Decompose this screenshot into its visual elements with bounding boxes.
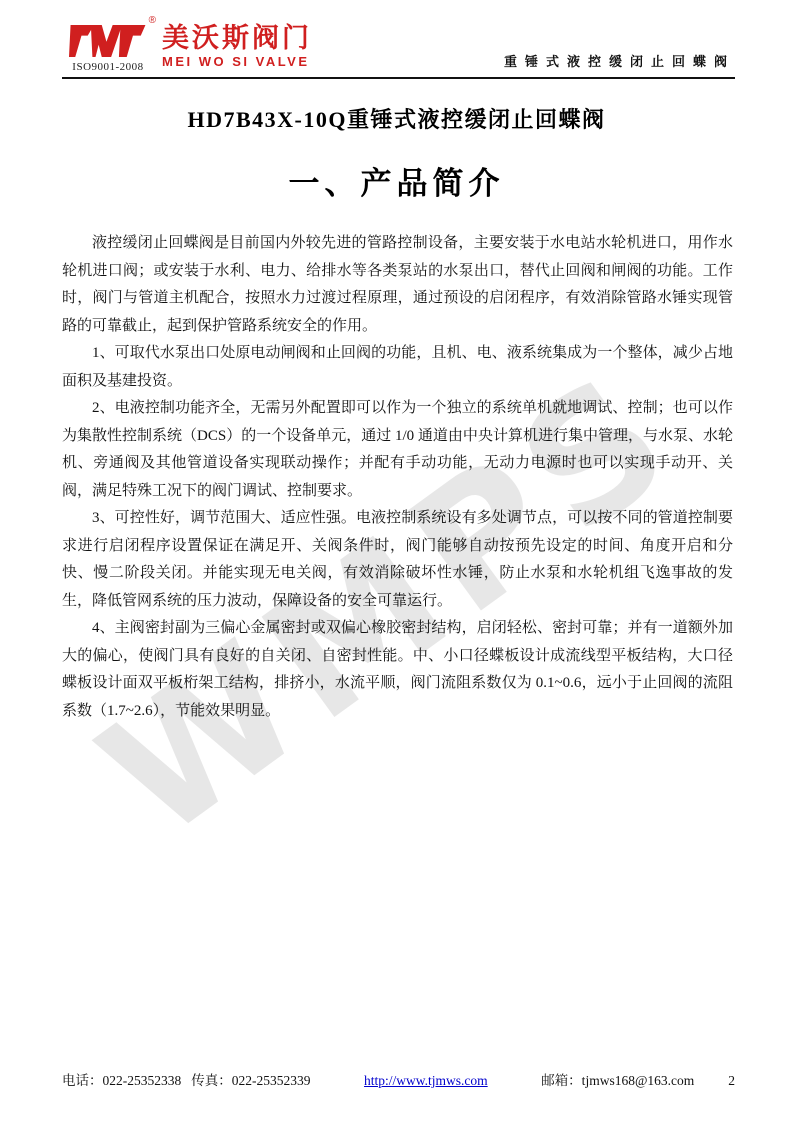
paragraph-item-1: 1、可取代水泵出口处原电动闸阀和止回阀的功能，且机、电、液系统集成为一个整体，减… xyxy=(62,340,733,395)
iso-certification-label: ISO9001-2008 xyxy=(72,61,143,73)
logo-name-block: 美沃斯阀门 MEI WO SI VALVE xyxy=(162,22,312,69)
page-title: HD7B43X-10Q重锤式液控缓闭止回蝶阀 xyxy=(0,103,793,134)
logo-mark-block: ® ISO9001-2008 xyxy=(62,22,154,73)
page-header: ® ISO9001-2008 美沃斯阀门 MEI WO SI VALVE 重锤式… xyxy=(62,22,735,76)
company-name-en: MEI WO SI VALVE xyxy=(162,54,312,69)
footer-phone: 电话：022-25352338 xyxy=(62,1069,181,1089)
header-divider xyxy=(62,77,735,79)
page-footer: 电话：022-25352338 传真：022-25352339 http://w… xyxy=(62,1069,735,1089)
paragraph-item-4: 4、主阀密封副为三偏心金属密封或双偏心橡胶密封结构，启闭轻松、密封可靠；并有一道… xyxy=(62,615,733,725)
paragraph-item-3: 3、可控性好，调节范围大、适应性强。电液控制系统设有多处调节点，可以按不同的管道… xyxy=(62,505,733,615)
registered-trademark-icon: ® xyxy=(149,15,156,26)
footer-website-link[interactable]: http://www.tjmws.com xyxy=(364,1073,488,1089)
paragraph-item-2: 2、电液控制功能齐全，无需另外配置即可以作为一个独立的系统单机就地调试、控制；也… xyxy=(62,395,733,505)
section-heading: 一、产品简介 xyxy=(0,158,793,203)
brand-w-mark-icon: ® xyxy=(69,22,147,60)
page-number: 2 xyxy=(728,1073,735,1089)
body-content: 液控缓闭止回蝶阀是目前国内外较先进的管路控制设备，主要安装于水电站水轮机进口，用… xyxy=(62,230,733,725)
paragraph-intro: 液控缓闭止回蝶阀是目前国内外较先进的管路控制设备，主要安装于水电站水轮机进口，用… xyxy=(62,230,733,340)
document-page: ® ISO9001-2008 美沃斯阀门 MEI WO SI VALVE 重锤式… xyxy=(0,0,793,1122)
footer-fax: 传真：022-25352339 xyxy=(191,1069,310,1089)
footer-email: 邮箱：tjmws168@163.com xyxy=(541,1069,694,1089)
company-logo: ® ISO9001-2008 美沃斯阀门 MEI WO SI VALVE xyxy=(62,22,312,73)
header-document-title: 重锤式液控缓闭止回蝶阀 xyxy=(504,51,735,70)
company-name-cn: 美沃斯阀门 xyxy=(162,23,312,53)
